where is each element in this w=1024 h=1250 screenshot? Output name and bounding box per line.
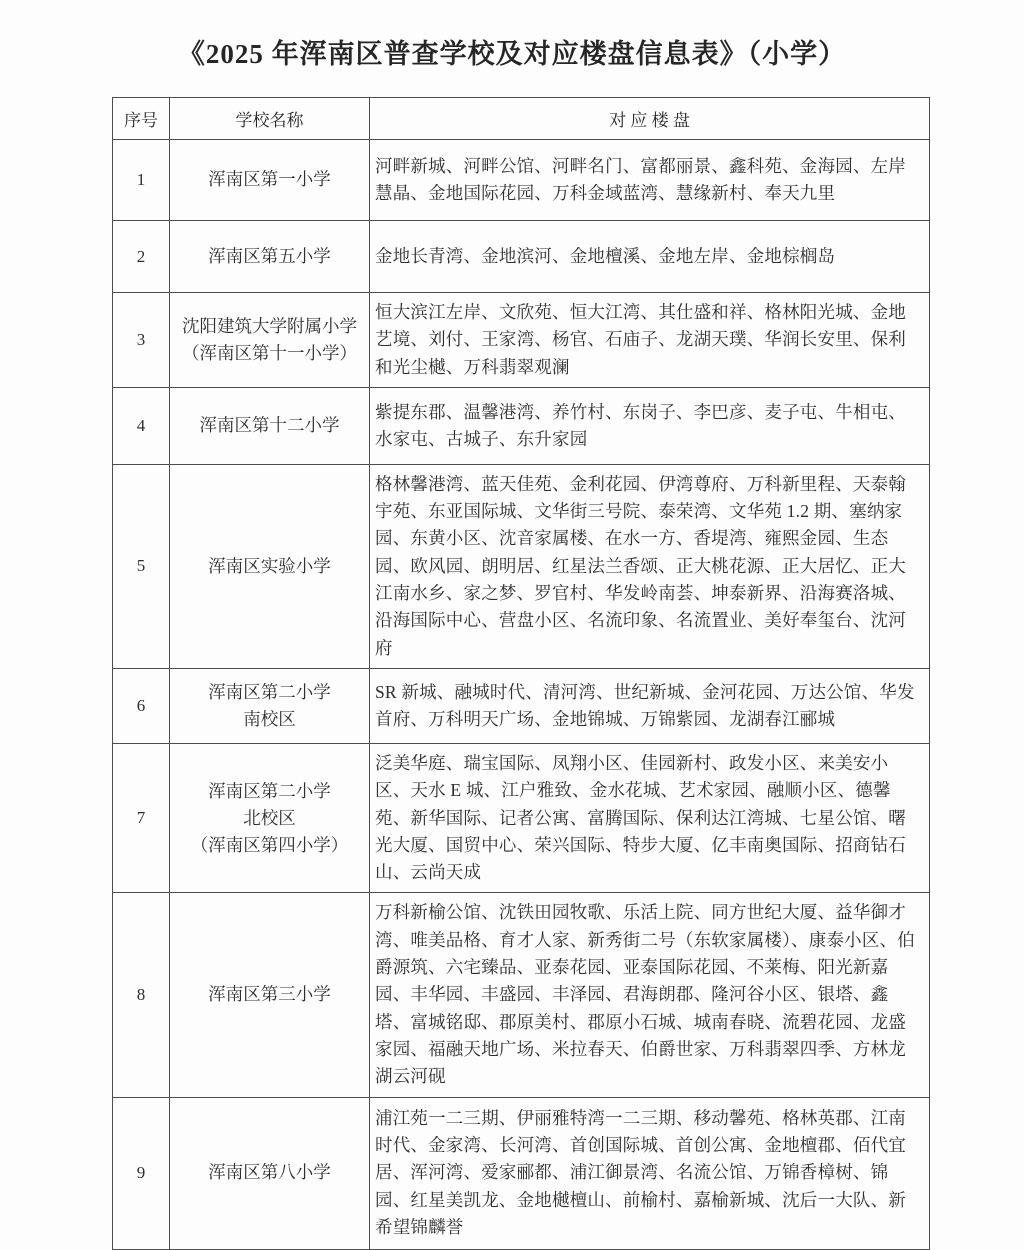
estates-list: 金地长青湾、金地滨河、金地檀溪、金地左岸、金地棕榈岛 [370,221,930,293]
table-row: 1 浑南区第一小学 河畔新城、河畔公馆、河畔名门、富都丽景、鑫科苑、金海园、左岸… [113,140,930,221]
row-serial-number: 9 [113,1097,170,1249]
school-name: 浑南区实验小学 [170,464,370,668]
school-name: 浑南区第十二小学 [170,387,370,464]
table-row: 2 浑南区第五小学 金地长青湾、金地滨河、金地檀溪、金地左岸、金地棕榈岛 [113,221,930,293]
row-serial-number: 2 [113,221,170,293]
estates-list: SR 新城、融城时代、清河湾、世纪新城、金河花园、万达公馆、华发首府、万科明天广… [370,668,930,743]
table-row: 7 浑南区第二小学 北校区 （浑南区第四小学） 泛美华庭、瑞宝国际、凤翔小区、佳… [113,743,930,892]
row-serial-number: 5 [113,464,170,668]
row-serial-number: 4 [113,387,170,464]
table-row: 4 浑南区第十二小学 紫提东郡、温馨港湾、养竹村、东岗子、李巴彦、麦子屯、牛相屯… [113,387,930,464]
document-page: 《2025 年浑南区普查学校及对应楼盘信息表》（小学） 序号 学校名称 对 应 … [0,0,1024,1250]
table-row: 3 沈阳建筑大学附属小学 （浑南区第十一小学） 恒大滨江左岸、文欣苑、恒大江湾、… [113,293,930,388]
table-row: 6 浑南区第二小学 南校区 SR 新城、融城时代、清河湾、世纪新城、金河花园、万… [113,668,930,743]
school-name: 浑南区第二小学 南校区 [170,668,370,743]
estates-list: 格林馨港湾、蓝天佳苑、金利花园、伊湾尊府、万科新里程、天泰翰宇苑、东亚国际城、文… [370,464,930,668]
school-name: 浑南区第八小学 [170,1097,370,1249]
table-row: 5 浑南区实验小学 格林馨港湾、蓝天佳苑、金利花园、伊湾尊府、万科新里程、天泰翰… [113,464,930,668]
estates-list: 浦江苑一二三期、伊丽雅特湾一二三期、移动馨苑、格林英郡、江南时代、金家湾、长河湾… [370,1097,930,1249]
row-serial-number: 8 [113,893,170,1097]
estates-list: 万科新榆公馆、沈铁田园牧歌、乐活上院、同方世纪大厦、益华御才湾、唯美品格、育才人… [370,893,930,1097]
header-school-name: 学校名称 [170,98,370,140]
header-serial-number: 序号 [113,98,170,140]
row-serial-number: 3 [113,293,170,388]
school-estate-table: 序号 学校名称 对 应 楼 盘 1 浑南区第一小学 河畔新城、河畔公馆、河畔名门… [112,97,930,1250]
school-name: 浑南区第一小学 [170,140,370,221]
estates-list: 恒大滨江左岸、文欣苑、恒大江湾、其仕盛和祥、格林阳光城、金地艺境、刘付、王家湾、… [370,293,930,388]
table-header-row: 序号 学校名称 对 应 楼 盘 [113,98,930,140]
table-row: 9 浑南区第八小学 浦江苑一二三期、伊丽雅特湾一二三期、移动馨苑、格林英郡、江南… [113,1097,930,1249]
header-corresponding-estates: 对 应 楼 盘 [370,98,930,140]
estates-list: 河畔新城、河畔公馆、河畔名门、富都丽景、鑫科苑、金海园、左岸慧晶、金地国际花园、… [370,140,930,221]
school-name: 浑南区第三小学 [170,893,370,1097]
table-row: 8 浑南区第三小学 万科新榆公馆、沈铁田园牧歌、乐活上院、同方世纪大厦、益华御才… [113,893,930,1097]
row-serial-number: 6 [113,668,170,743]
school-name: 沈阳建筑大学附属小学 （浑南区第十一小学） [170,293,370,388]
school-name: 浑南区第二小学 北校区 （浑南区第四小学） [170,743,370,892]
estates-list: 紫提东郡、温馨港湾、养竹村、东岗子、李巴彦、麦子屯、牛相屯、水家屯、古城子、东升… [370,387,930,464]
row-serial-number: 1 [113,140,170,221]
page-title: 《2025 年浑南区普查学校及对应楼盘信息表》（小学） [40,32,984,71]
row-serial-number: 7 [113,743,170,892]
estates-list: 泛美华庭、瑞宝国际、凤翔小区、佳园新村、政发小区、来美安小区、天水 E 城、江户… [370,743,930,892]
school-name: 浑南区第五小学 [170,221,370,293]
